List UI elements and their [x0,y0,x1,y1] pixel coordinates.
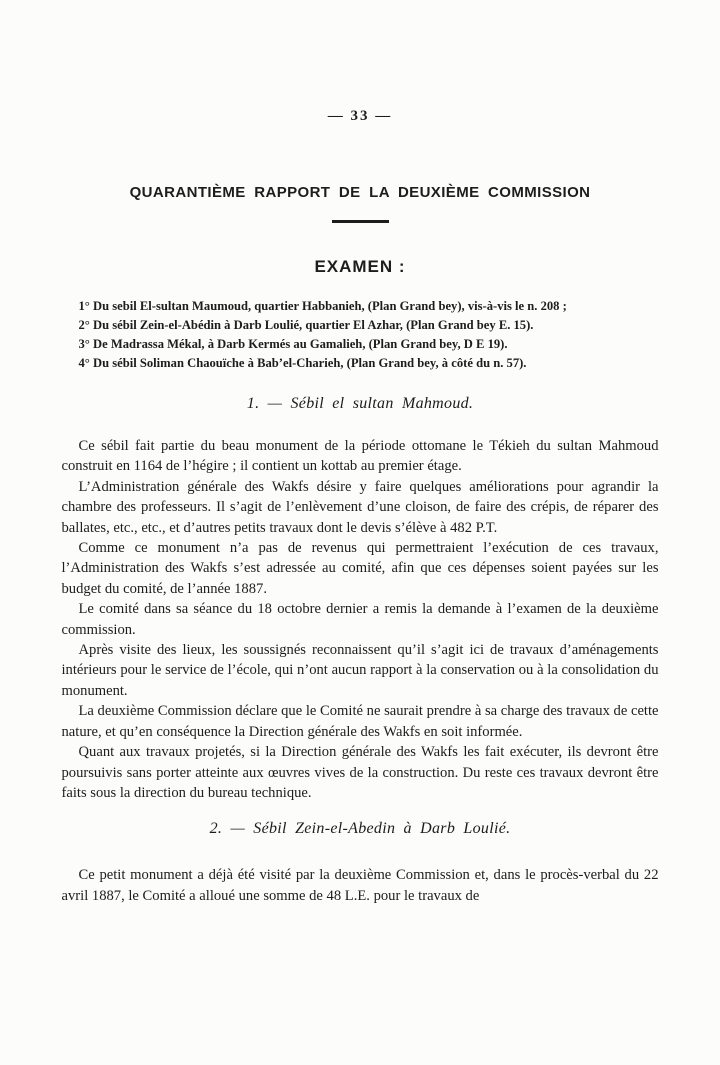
examen-item-4: 4° Du sébil Soliman Chaouïche à Bab’el-C… [62,354,659,373]
section-2-paragraph-1: Ce petit monument a déjà été visité par … [62,865,659,906]
section-1-paragraph-3: Comme ce monument n’a pas de revenus qui… [62,538,659,599]
examen-items-list: 1° Du sebil El-sultan Maumoud, quartier … [62,297,659,373]
report-title: QUARANTIÈME RAPPORT DE LA DEUXIÈME COMMI… [62,184,659,202]
page-number: — 33 — [62,107,659,126]
section-2-heading: 2. — Sébil Zein-el-Abedin à Darb Loulié. [62,819,659,839]
examen-heading: EXAMEN : [62,257,659,277]
section-1-paragraph-5: Après visite des lieux, les soussignés r… [62,640,659,701]
section-1-paragraph-2: L’Administration générale des Wakfs dési… [62,477,659,538]
examen-item-1: 1° Du sebil El-sultan Maumoud, quartier … [62,297,659,316]
examen-item-3: 3° De Madrassa Mékal, à Darb Kermés au G… [62,335,659,354]
scanned-document-page: — 33 — QUARANTIÈME RAPPORT DE LA DEUXIÈM… [0,0,720,1065]
page-content-column: — 33 — QUARANTIÈME RAPPORT DE LA DEUXIÈM… [62,107,659,906]
section-2-body: Ce petit monument a déjà été visité par … [62,865,659,906]
title-rule-divider [332,220,389,223]
section-1-heading: 1. — Sébil el sultan Mahmoud. [62,394,659,414]
section-1-body: Ce sébil fait partie du beau monument de… [62,436,659,803]
section-1-paragraph-1: Ce sébil fait partie du beau monument de… [62,436,659,477]
examen-item-2: 2° Du sébil Zein-el-Abédin à Darb Loulié… [62,316,659,335]
section-1-paragraph-4: Le comité dans sa séance du 18 octobre d… [62,599,659,640]
section-1-paragraph-6: La deuxième Commission déclare que le Co… [62,701,659,742]
section-1-paragraph-7: Quant aux travaux projetés, si la Direct… [62,742,659,803]
